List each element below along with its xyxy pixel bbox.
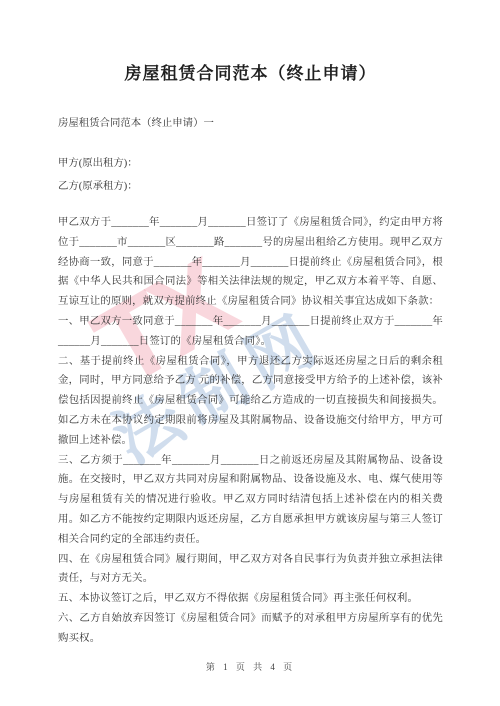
party-a-line: 甲方(原出租方)：: [58, 157, 443, 171]
document-content: 房屋租赁合同范本（终止申请） 房屋租赁合同范本（终止申请）一 甲方(原出租方)：…: [0, 0, 500, 673]
document-subtitle: 房屋租赁合同范本（终止申请）一: [58, 117, 443, 131]
paragraph-clause-4: 四、在《房屋租赁合同》履行期间，甲乙双方对各自民事行为负责并独立承担法律责任，与…: [58, 550, 443, 590]
paragraph-clause-2: 二、基于提前终止《房屋租赁合同》，甲方退还乙方实际返还房屋之日后的剩余租金，同时…: [58, 352, 443, 451]
paragraph-intro: 甲乙双方于_______年_______月_______日签订了《房屋租赁合同》…: [58, 213, 443, 312]
paragraph-clause-3: 三、乙方须于_______年_______月_______日之前返还房屋及其附属…: [58, 451, 443, 550]
paragraph-clause-5: 五、本协议签订之后，甲乙双方不得依据《房屋租赁合同》再主张任何权利。: [58, 589, 443, 609]
contract-body: 甲乙双方于_______年_______月_______日签订了《房屋租赁合同》…: [58, 213, 443, 649]
document-page: TX 法制网 房屋租赁合同范本（终止申请） 房屋租赁合同范本（终止申请）一 甲方…: [0, 0, 500, 706]
paragraph-clause-6: 六、乙方自始放弃因签订《房屋租赁合同》而赋予的对承租甲方房屋所享有的优先购买权。: [58, 609, 443, 649]
party-b-line: 乙方(原承租方)：: [58, 180, 443, 194]
page-number: 第 1 页 共 4 页: [58, 661, 443, 673]
document-title: 房屋租赁合同范本（终止申请）: [58, 62, 443, 85]
paragraph-clause-1: 一、甲乙双方一致同意于_______年_______月_______日提前终止双…: [58, 312, 443, 352]
